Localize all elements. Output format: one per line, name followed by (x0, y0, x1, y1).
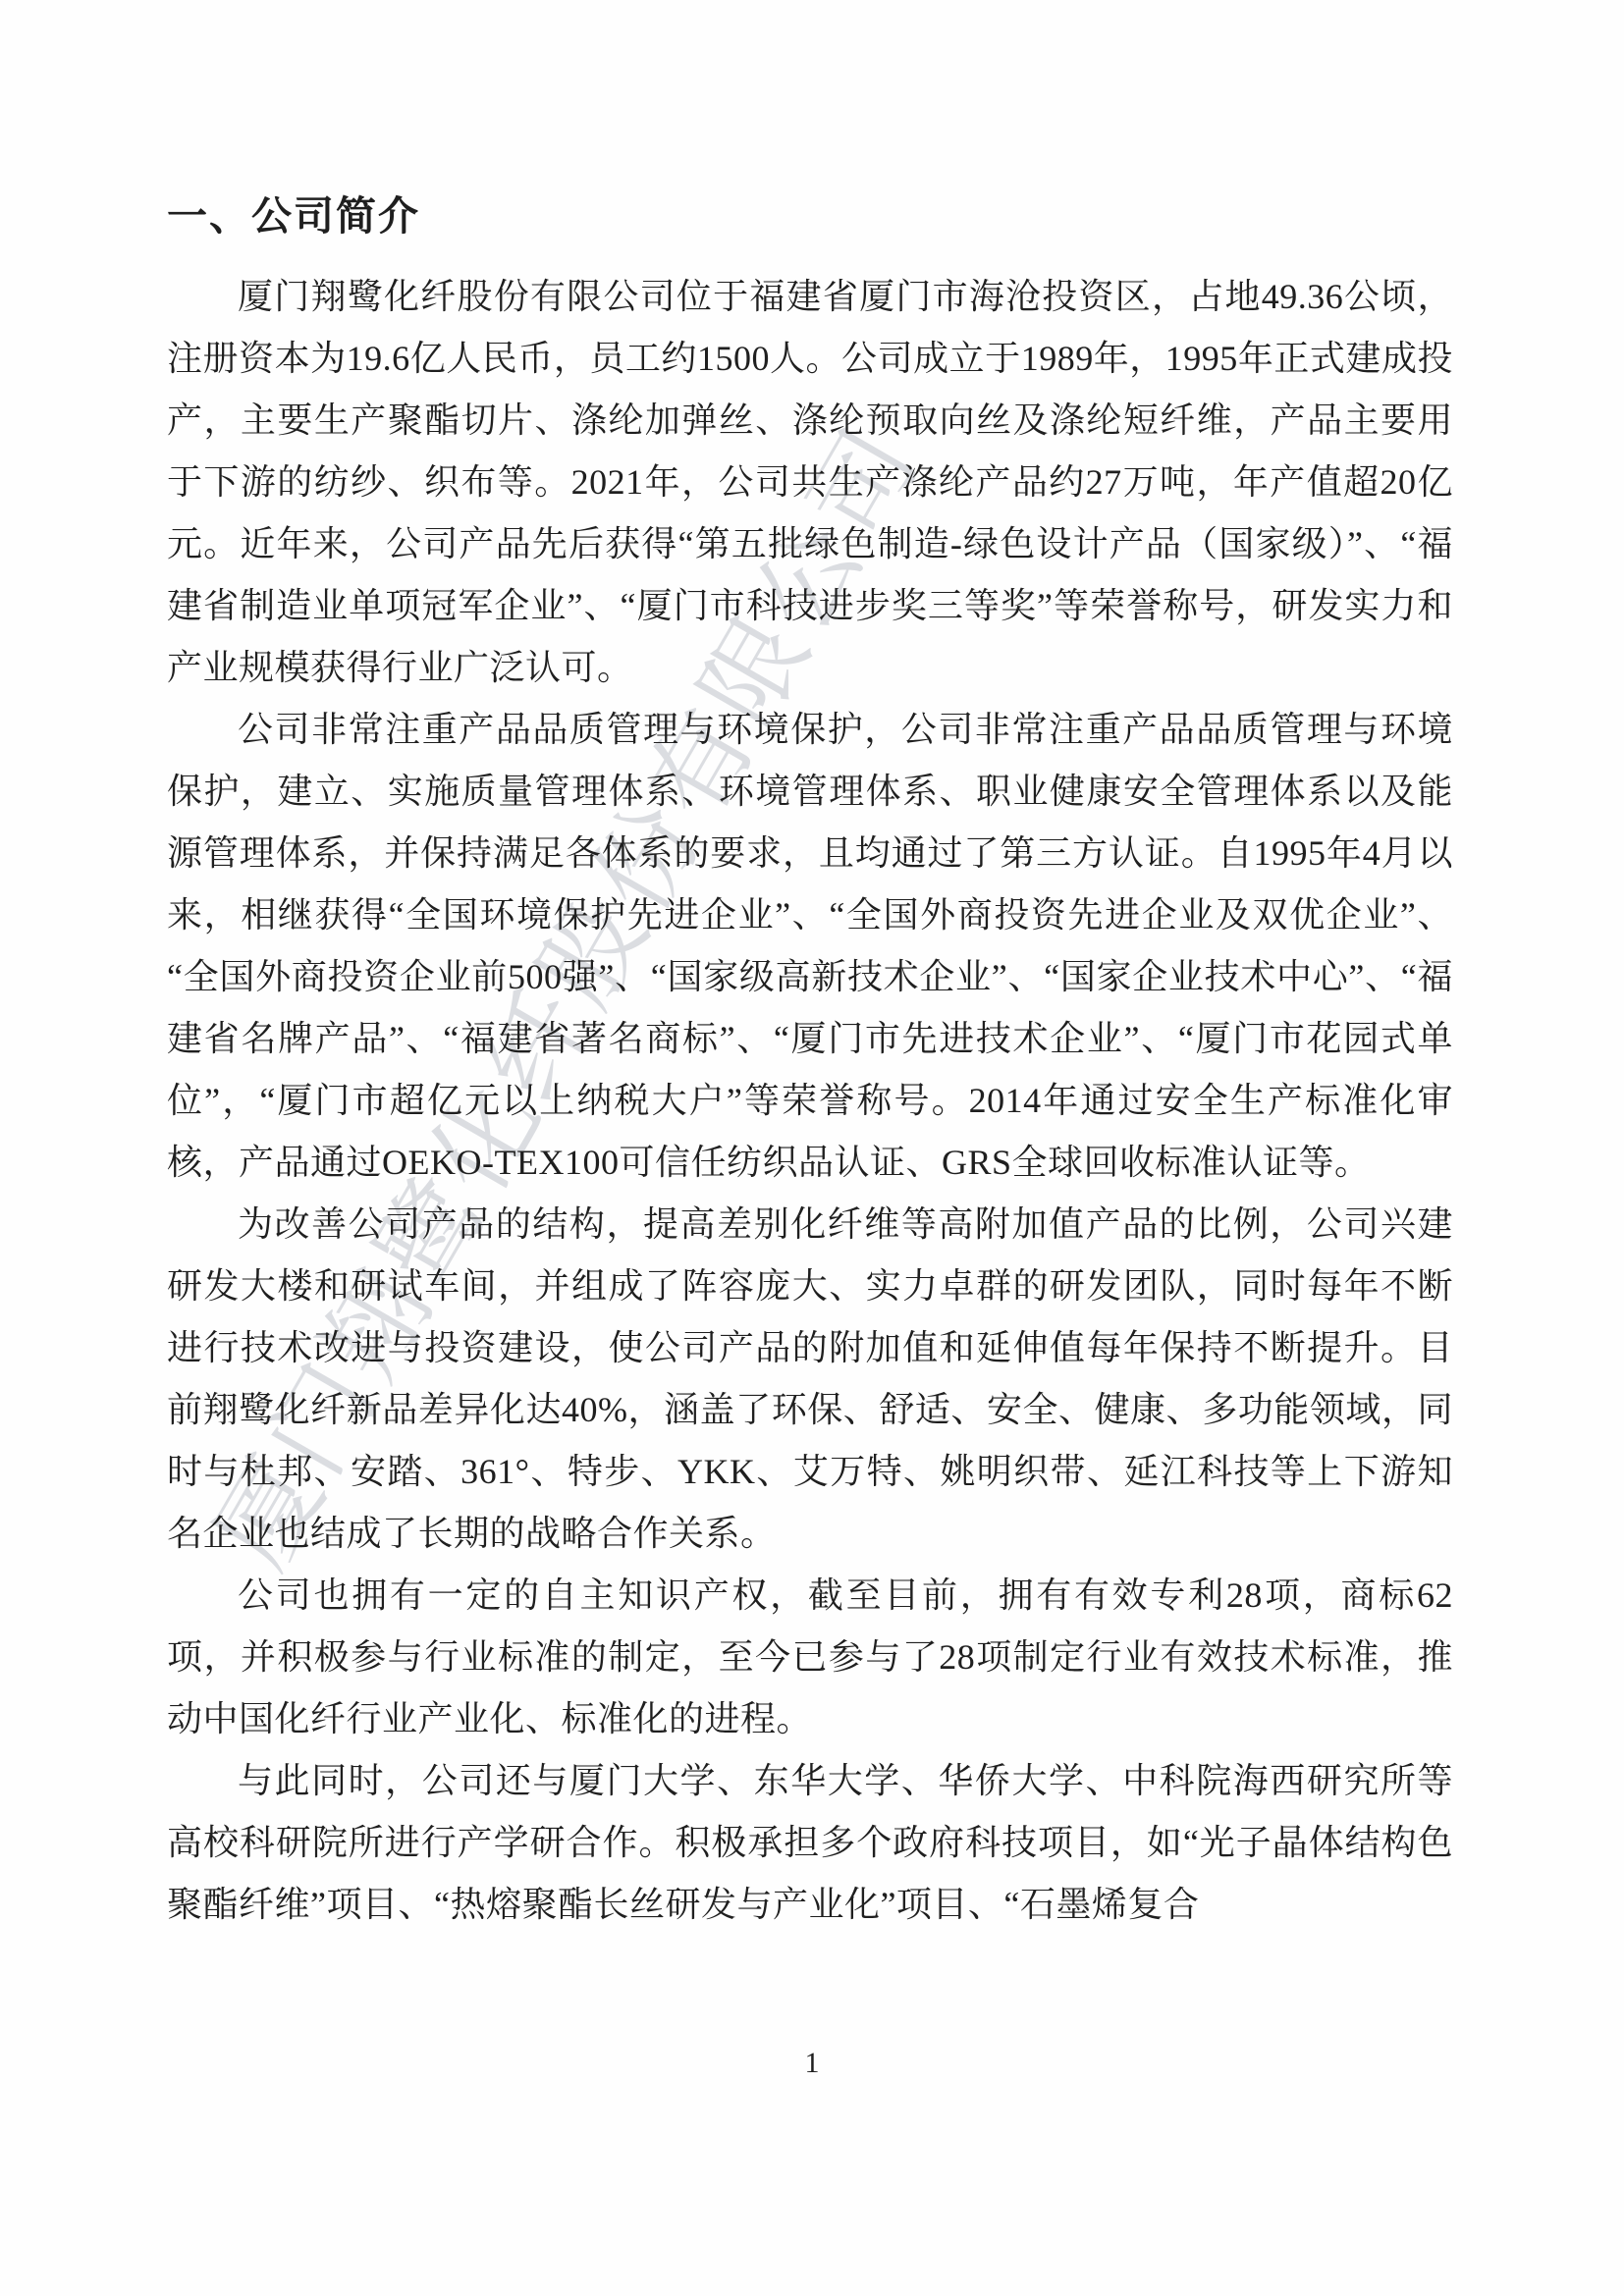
page-content: 一、公司简介 厦门翔鹭化纤股份有限公司位于福建省厦门市海沧投资区，占地49.36… (167, 192, 1453, 1936)
paragraph-university-cooperation: 与此同时，公司还与厦门大学、东华大学、华侨大学、中科院海西研究所等高校科研院所进… (167, 1750, 1453, 1936)
page-number: 1 (0, 2047, 1624, 2080)
paragraph-intellectual-property: 公司也拥有一定的自主知识产权，截至目前，拥有有效专利28项，商标62项，并积极参… (167, 1565, 1453, 1750)
paragraph-company-overview: 厦门翔鹭化纤股份有限公司位于福建省厦门市海沧投资区，占地49.36公顷，注册资本… (167, 266, 1453, 699)
paragraph-rd-products: 为改善公司产品的结构，提高差别化纤维等高附加值产品的比例，公司兴建研发大楼和研试… (167, 1194, 1453, 1565)
section-heading: 一、公司简介 (167, 192, 1453, 240)
paragraph-quality-environment: 公司非常注重产品品质管理与环境保护，公司非常注重产品品质管理与环境保护，建立、实… (167, 699, 1453, 1194)
document-page: 厦门翔鹭化纤股份有限公司 一、公司简介 厦门翔鹭化纤股份有限公司位于福建省厦门市… (0, 0, 1624, 2296)
